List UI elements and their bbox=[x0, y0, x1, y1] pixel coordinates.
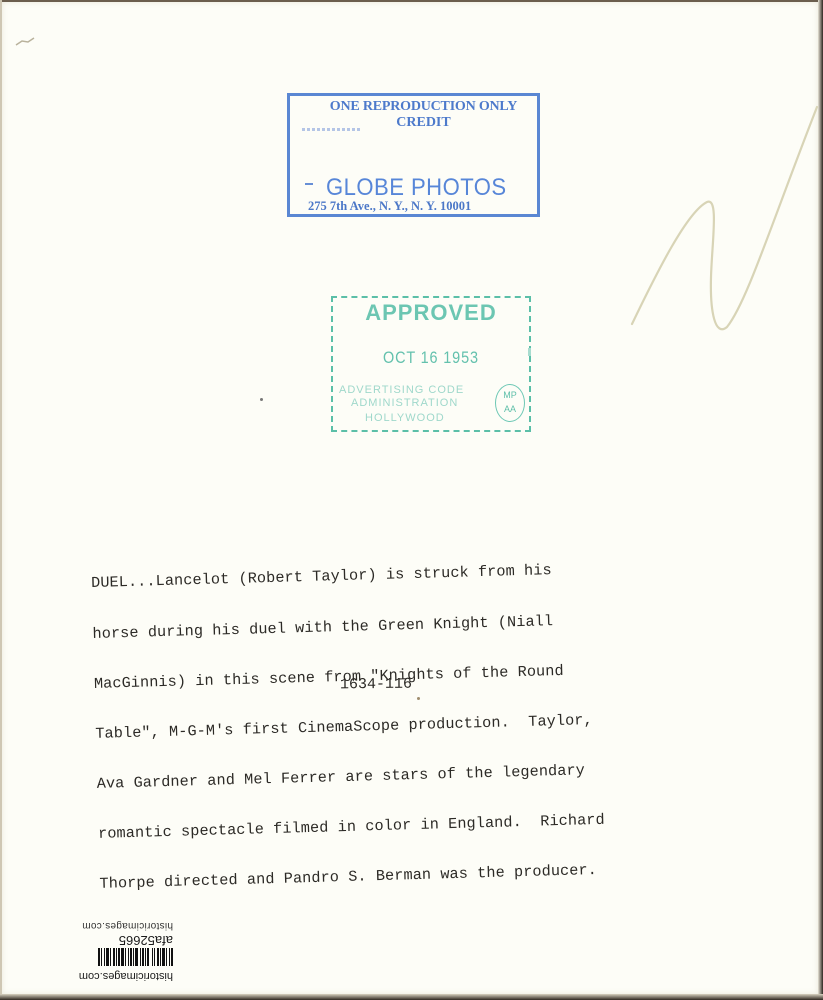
agency-address: 275 7th Ave., N. Y., N. Y. 10001 bbox=[308, 199, 471, 214]
speck bbox=[260, 398, 263, 401]
speck bbox=[417, 697, 420, 700]
typed-caption: DUEL...Lancelot (Robert Taylor) is struc… bbox=[90, 525, 700, 926]
globe-photos-stamp: ONE REPRODUCTION ONLY CREDIT GLOBE PHOTO… bbox=[287, 93, 540, 217]
ink-dash bbox=[305, 183, 313, 185]
caption-line: horse during his duel with the Green Kni… bbox=[92, 609, 692, 642]
approved-stamp: APPROVED OCT 16 1953 ADVERTISING CODE AD… bbox=[331, 296, 531, 432]
agency-name: GLOBE PHOTOS bbox=[326, 174, 507, 202]
reproduction-notice: ONE REPRODUCTION ONLY bbox=[290, 99, 537, 115]
caption-line: DUEL...Lancelot (Robert Taylor) is struc… bbox=[91, 559, 691, 592]
faded-stamp-line: HOLLYWOOD bbox=[365, 412, 445, 424]
corner-smudge bbox=[14, 37, 36, 47]
caption-line: Ava Gardner and Mel Ferrer are stars of … bbox=[97, 759, 697, 792]
caption-line: Thorpe directed and Pandro S. Berman was… bbox=[99, 859, 699, 892]
caption-line: Table", M-G-M's first CinemaScope produc… bbox=[95, 709, 695, 742]
faded-stamp-line: ADMINISTRATION bbox=[351, 397, 458, 409]
reference-number: 1634-116 bbox=[340, 676, 412, 694]
label-site-text-faint: historicimages.com bbox=[82, 920, 173, 931]
label-site-text: historicimages.com bbox=[79, 970, 173, 982]
scan-edge-right bbox=[818, 0, 823, 1000]
mpaa-seal-icon: MP AA bbox=[495, 384, 525, 422]
scan-edge-left bbox=[0, 0, 2, 1000]
barcode-icon bbox=[57, 948, 173, 966]
pencil-mark bbox=[627, 102, 822, 342]
scan-edge-bottom bbox=[0, 994, 823, 1000]
faded-stamp-line: ADVERTISING CODE bbox=[339, 384, 464, 396]
ink-mark bbox=[528, 348, 531, 356]
approval-date: OCT 16 1953 bbox=[383, 348, 479, 368]
scan-edge-top bbox=[0, 0, 823, 2]
barcode-label: historicimages.com afa52665 historicimag… bbox=[52, 916, 177, 982]
ink-smudge bbox=[302, 128, 362, 131]
caption-line: romantic spectacle filmed in color in En… bbox=[98, 809, 698, 842]
item-code: afa52665 bbox=[119, 933, 173, 948]
photo-back-paper: ONE REPRODUCTION ONLY CREDIT GLOBE PHOTO… bbox=[2, 2, 818, 994]
approved-title: APPROVED bbox=[333, 300, 529, 326]
